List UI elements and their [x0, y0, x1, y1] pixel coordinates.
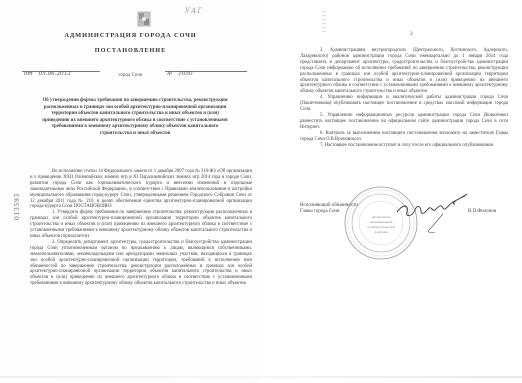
city-name: город Сочи — [0, 73, 261, 78]
body-text-page-1: Во исполнение статьи 14 Федерального зак… — [30, 169, 252, 287]
handwritten-note: УАГ — [185, 7, 203, 15]
svg-text:службы и кадровой: службы и кадровой — [367, 225, 395, 229]
paragraph-5: 5. Управлению информационных ресурсов ад… — [300, 113, 508, 131]
paragraph-2: 2. Определить департамент архитектуры, г… — [30, 240, 252, 287]
organization-name: АДМИНИСТРАЦИЯ ГОРОДА СОЧИ — [0, 32, 261, 39]
paragraph-7: 7. Настоящее постановление вступает в си… — [300, 143, 508, 149]
handwritten-signature-icon — [395, 190, 475, 240]
paragraph-1: 1. Утвердить форму требования по заверше… — [30, 210, 252, 240]
paragraph-4: 4. Управлению информации и аналитической… — [300, 95, 508, 113]
document-subject: Об утверждении формы требования по завер… — [42, 98, 228, 137]
document-type: ПОСТАНОВЛЕНИЕ — [0, 47, 261, 54]
signatory-title-line-2: Главы города Сочи — [300, 209, 358, 215]
page-number: 2 — [410, 31, 413, 37]
svg-text:департамент: департамент — [372, 215, 391, 219]
city-coat-of-arms-icon — [136, 10, 152, 28]
number-field: № 1050 — [165, 62, 247, 72]
date-field: от 05.06.2013 — [22, 62, 100, 72]
page-bottom-edge — [0, 376, 522, 378]
svg-text:политики: политики — [374, 230, 388, 234]
paragraph-3: 3. Администрациям внутригородских (Центр… — [300, 48, 508, 95]
registration-stamp: 013593 — [12, 160, 22, 220]
svg-text:муниципальной: муниципальной — [369, 220, 392, 224]
body-text-page-2: 3. Администрациям внутригородских (Центр… — [300, 48, 508, 148]
registration-number: 013593 — [12, 160, 21, 220]
signatory-name: В.П.Филонов — [468, 209, 496, 214]
signatory-title: Исполняющий обязанности Главы города Соч… — [300, 203, 358, 215]
paragraph-preamble: Во исполнение статьи 14 Федерального зак… — [30, 169, 252, 210]
scan-artifacts — [322, 8, 332, 52]
document-page-1: УАГ АДМИНИСТРАЦИЯ ГОРОДА СОЧИ ПОСТАНОВЛЕ… — [0, 0, 261, 383]
paragraph-6: 6. Контроль за выполнением настоящего по… — [300, 131, 508, 143]
